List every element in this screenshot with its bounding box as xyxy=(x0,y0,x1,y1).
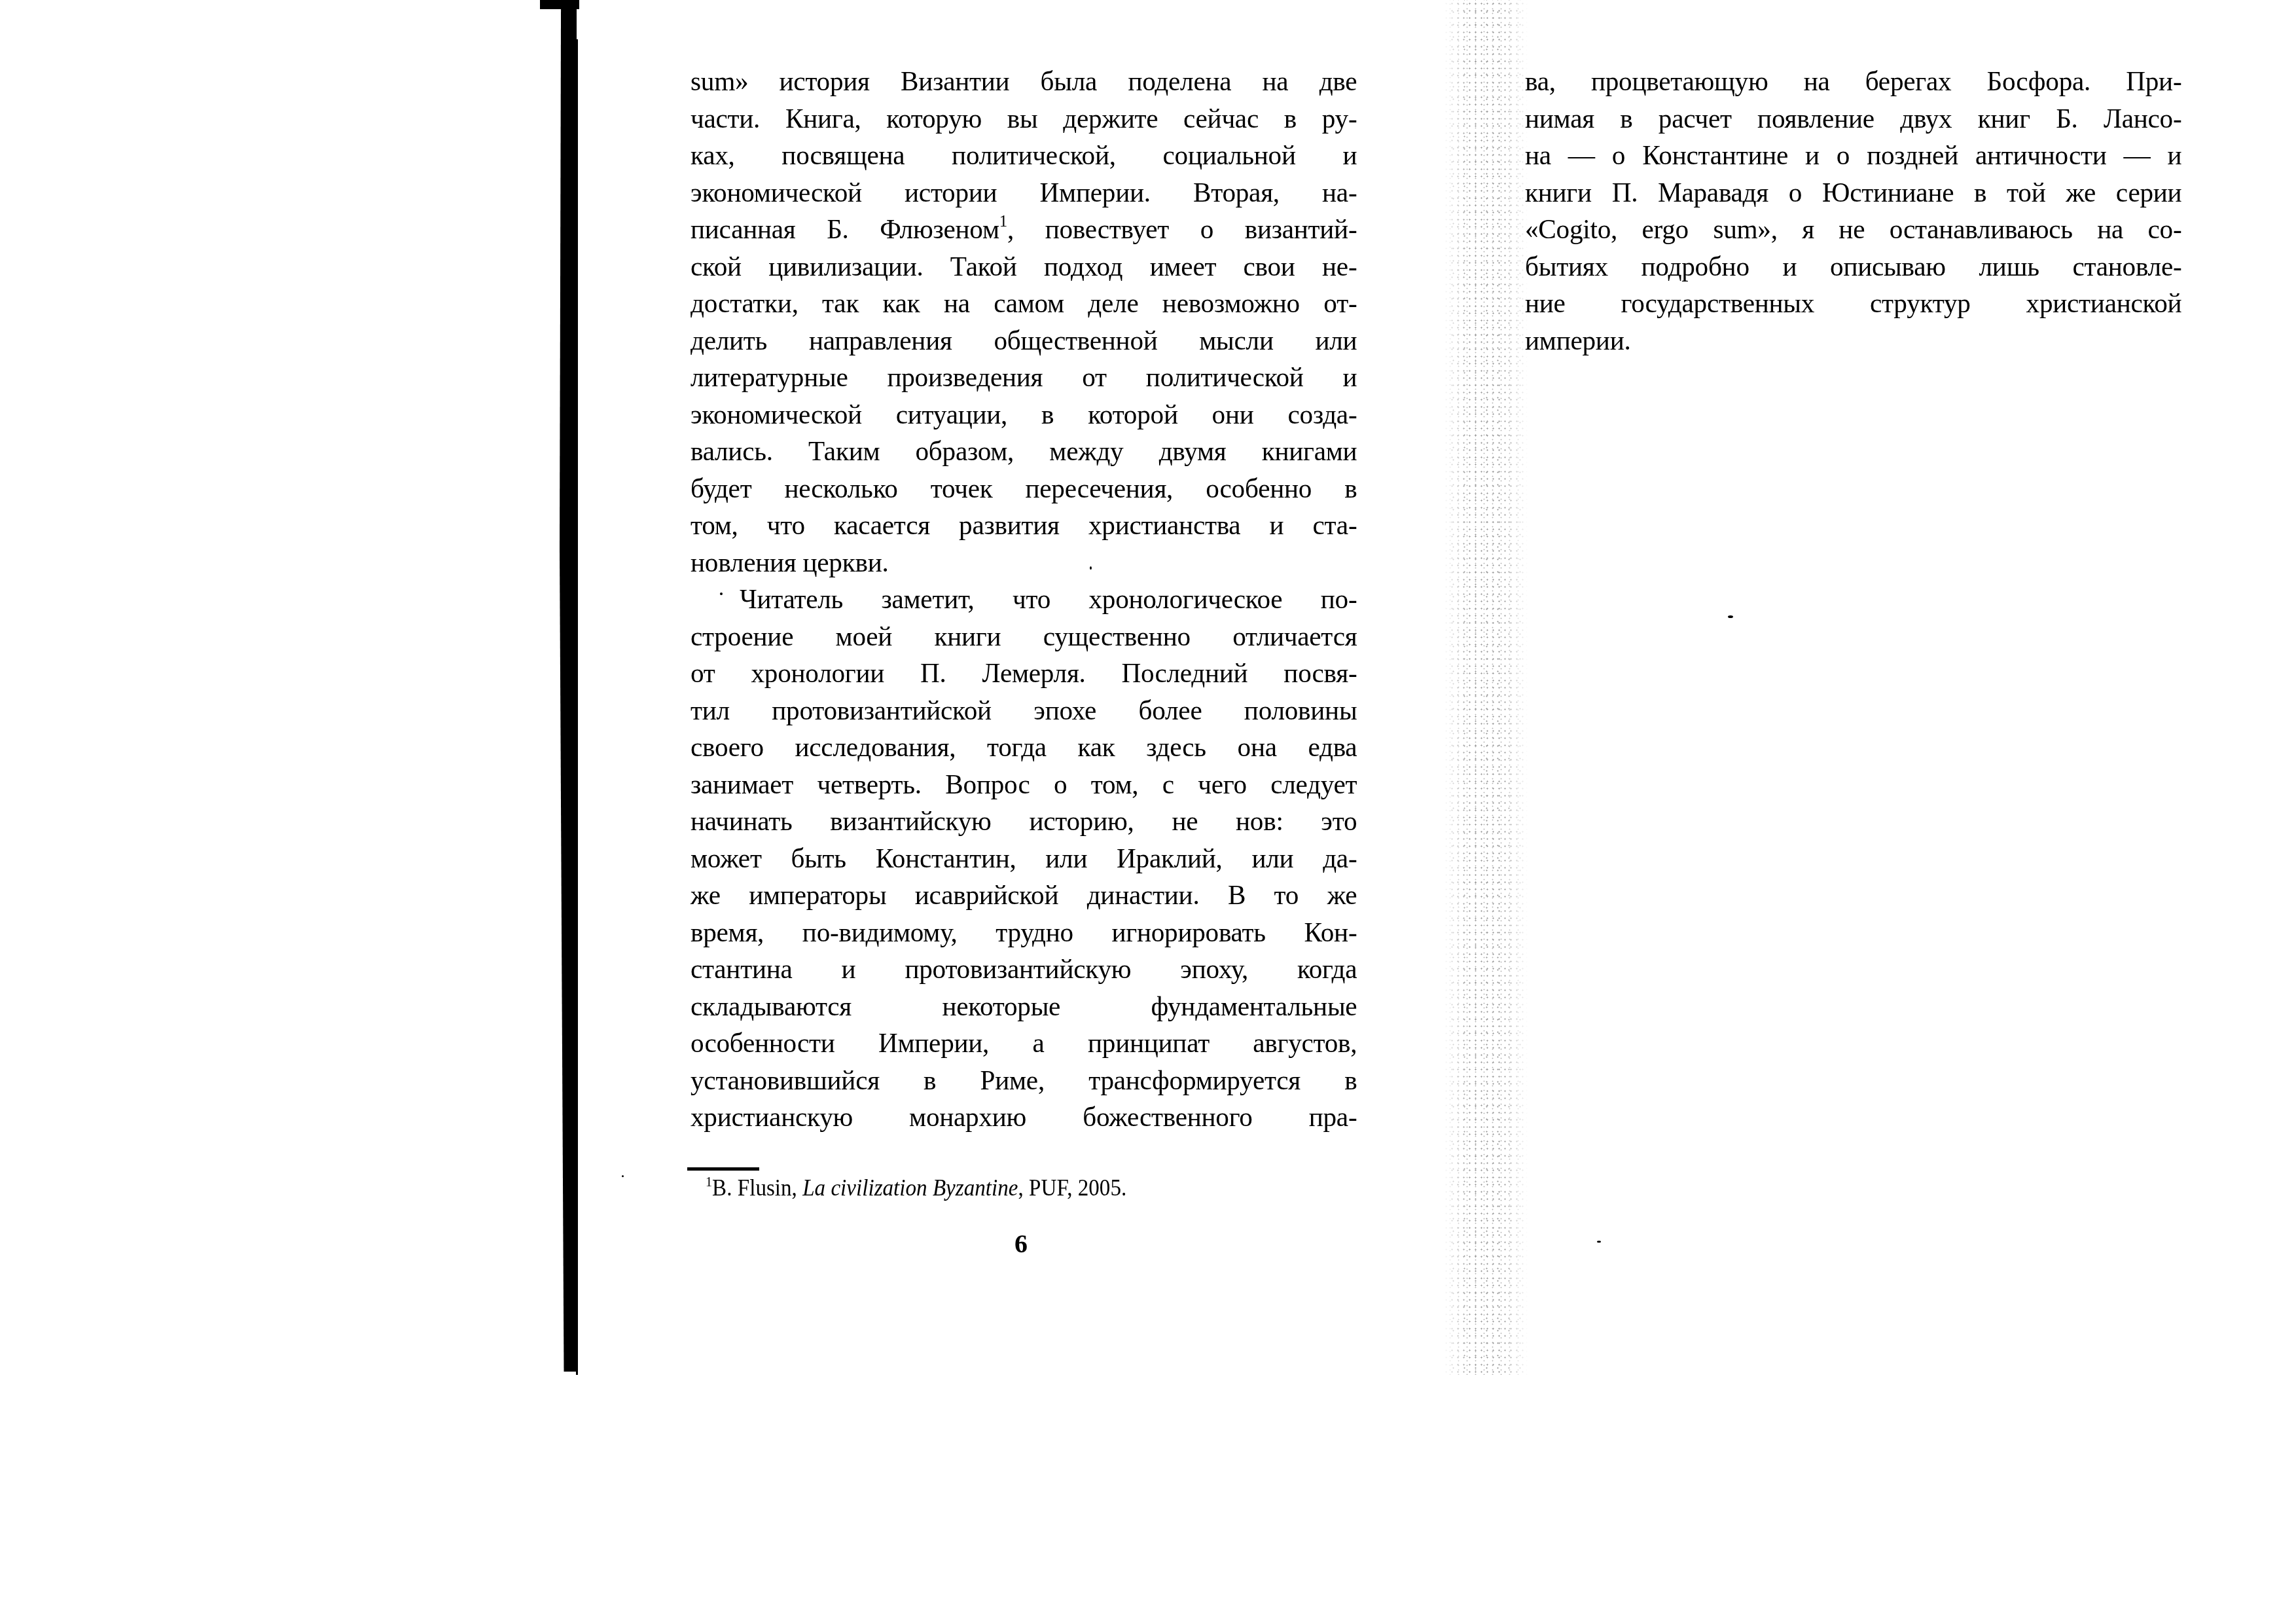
text-line: на — о Константине и о поздней античност… xyxy=(1525,137,2181,175)
text-segment: , повествует о византий- xyxy=(1007,214,1357,245)
text-line: стантина и протовизантийскую эпоху, когд… xyxy=(691,951,1357,989)
text-line: экономической истории Империи. Вторая, н… xyxy=(691,175,1357,212)
text-line: от хронологии П. Лемерля. Последний посв… xyxy=(691,655,1357,693)
text-line: «Cogito, ergo sum», я не останавливаюсь … xyxy=(1525,211,2181,249)
text-line: новления церкви. xyxy=(691,545,1357,582)
text-line: установившийся в Риме, трансформируется … xyxy=(691,1063,1357,1100)
footnote: 1B. Flusin, La civilization Byzantine, P… xyxy=(706,1173,1126,1202)
scan-speck xyxy=(720,593,723,595)
footnote-divider xyxy=(687,1167,759,1171)
text-line: же императоры исаврийской династии. В то… xyxy=(691,877,1357,915)
footnote-number: 1 xyxy=(706,1173,712,1190)
text-line: вались. Таким образом, между двумя книга… xyxy=(691,433,1357,471)
footnote-author: B. Flusin, xyxy=(712,1175,797,1201)
text-line: ва, процветающую на берегах Босфора. При… xyxy=(1525,64,2181,101)
book-spread: sum» история Византии была поделена на д… xyxy=(0,0,2296,1623)
text-line: ской цивилизации. Такой подход имеет сво… xyxy=(691,249,1357,286)
text-line: занимает четверть. Вопрос о том, с чего … xyxy=(691,767,1357,804)
text-line: литературные произведения от политическо… xyxy=(691,359,1357,397)
left-page-text: sum» история Византии была поделена на д… xyxy=(691,64,1358,1137)
text-line-with-footnote: писанная Б. Флюзеном1, повествует о виза… xyxy=(691,211,1357,249)
text-line: делить направления общественной мысли ил… xyxy=(691,323,1357,360)
text-line: sum» история Византии была поделена на д… xyxy=(691,64,1357,101)
text-line: части. Книга, которую вы держите сейчас … xyxy=(691,101,1357,138)
text-line: ках, посвящена политической, социальной … xyxy=(691,137,1357,175)
text-line: нимая в расчет появление двух книг Б. Ла… xyxy=(1525,101,2181,138)
text-line: достатки, так как на самом деле невозмож… xyxy=(691,285,1357,323)
page-number: 6 xyxy=(1008,1228,1034,1260)
text-line: может быть Константин, или Ираклий, или … xyxy=(691,841,1357,878)
binding-edge-line xyxy=(576,39,578,1375)
text-line: бытиях подробно и описываю лишь становле… xyxy=(1525,249,2181,286)
text-line: строение моей книги существенно отличает… xyxy=(691,619,1357,656)
text-line: особенности Империи, а принципат августо… xyxy=(691,1025,1357,1063)
text-line: будет несколько точек пересечения, особе… xyxy=(691,471,1357,508)
text-line: время, по-видимому, трудно игнорировать … xyxy=(691,915,1357,952)
scan-speck xyxy=(1597,1241,1601,1243)
text-line: своего исследования, тогда как здесь она… xyxy=(691,729,1357,767)
text-segment: писанная Б. Флюзеном xyxy=(691,214,999,245)
paragraph-start-line: Читатель заметит, что хронологическое по… xyxy=(691,581,1357,619)
footnote-title: La civilization Byzantine xyxy=(802,1175,1018,1201)
text-line: книги П. Маравадя о Юстиниане в той же с… xyxy=(1525,175,2181,212)
scan-speck xyxy=(1728,615,1733,618)
scan-speck xyxy=(1090,566,1092,570)
page-gutter-noise xyxy=(1443,0,1528,1375)
text-line: экономической ситуации, в которой они со… xyxy=(691,397,1357,434)
text-line: тил протовизантийской эпохе более полови… xyxy=(691,693,1357,730)
text-line: ние государственных структур христианско… xyxy=(1525,285,2181,323)
right-page-text: ва, процветающую на берегах Босфора. При… xyxy=(1525,64,2183,359)
text-line: империи. xyxy=(1525,323,2181,360)
text-line: складываются некоторые фундаментальные xyxy=(691,989,1357,1026)
footnote-reference[interactable]: 1 xyxy=(999,211,1007,230)
text-line: том, что касается развития христианства … xyxy=(691,507,1357,545)
scan-speck xyxy=(622,1175,624,1177)
text-line: начинать византийскую историю, не нов: э… xyxy=(691,803,1357,841)
footnote-publisher-year: , PUF, 2005. xyxy=(1018,1175,1126,1201)
text-line: христианскую монархию божественного пра- xyxy=(691,1099,1357,1137)
binding-edge-shadow xyxy=(560,0,577,1372)
